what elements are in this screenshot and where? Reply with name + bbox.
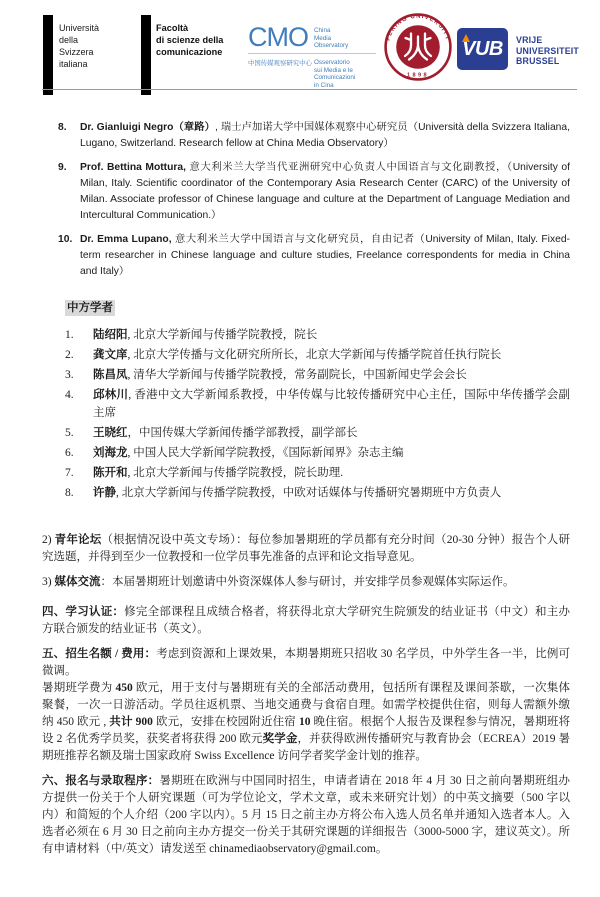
item-text: 陆绍阳, 北京大学新闻与传播学院教授，院长 <box>93 326 570 344</box>
peking-university-seal: PEKING UNIVERSITY 1898 <box>383 12 453 82</box>
document-body: 8.Dr. Gianluigi Negro（章路）, 瑞士卢加诺大学中国媒体观察… <box>42 120 570 858</box>
vub-name: VRIJE UNIVERSITEIT BRUSSEL <box>516 35 579 67</box>
item-text: 邱林川, 香港中文大学新闻系教授，中华传媒与比较传播研究中心主任，国际中华传播学… <box>93 386 570 422</box>
person-name: 陆绍阳 <box>93 329 128 341</box>
text-segment: 共计 900 <box>109 716 153 728</box>
text-segment: 3) <box>42 576 54 588</box>
text-segment: 五、招生名额 / 费用： <box>42 648 156 660</box>
person-name: Dr. Emma Lupano, <box>80 234 172 245</box>
vub-orange-accent-icon <box>462 34 470 42</box>
text-segment: 青年论坛 <box>55 534 102 546</box>
person-name: 许静 <box>93 487 116 499</box>
cmo-divider <box>248 53 376 54</box>
list-item: 2.龚文庠, 北京大学传播与文化研究所所长，北京大学新闻与传播学院首任执行院长 <box>65 346 570 364</box>
cmo-english-name: China Media Observatory <box>314 24 348 50</box>
text-segment: ：本届暑期班计划邀请中外资深媒体人参与研讨，并安排学员参观媒体实际运作。 <box>100 576 514 588</box>
text-segment: 四、学习认证： <box>42 606 124 618</box>
paragraph: 3) 媒体交流：本届暑期班计划邀请中外资深媒体人参与研讨，并安排学员参观媒体实际… <box>42 574 570 591</box>
person-description: , 北京大学传播与文化研究所所长，北京大学新闻与传播学院首任执行院长 <box>128 349 502 361</box>
person-name: 王晓红 <box>93 427 128 439</box>
person-description: ，中国传媒大学新闻传播学部教授，副学部长 <box>128 427 358 439</box>
text-segment: 六、报名与录取程序： <box>42 775 159 787</box>
text-segment: 欧元，安排在校园附近住宿 <box>153 716 299 728</box>
item-text: 龚文庠, 北京大学传播与文化研究所所长，北京大学新闻与传播学院首任执行院长 <box>93 346 570 364</box>
item-text: Prof. Bettina Mottura, 意大利米兰大学当代亚洲研究中心负责… <box>80 160 570 224</box>
text-segment: 2) <box>42 534 55 546</box>
item-text: 陈开和, 北京大学新闻与传播学院教授，院长助理. <box>93 464 570 482</box>
chinese-section: 中方学者 1.陆绍阳, 北京大学新闻与传播学院教授，院长2.龚文庠, 北京大学传… <box>42 288 570 858</box>
person-name: 龚文庠 <box>93 349 128 361</box>
cmo-italian-name: Osservatorio sui Media e le Comunicazion… <box>314 56 355 89</box>
body-paragraphs: 2) 青年论坛（根据情况设中英文专场）：每位参加暑期班的学员都有充分时间（20-… <box>42 532 570 858</box>
text-segment: 450 <box>116 682 133 694</box>
list-item: 1.陆绍阳, 北京大学新闻与传播学院教授，院长 <box>65 326 570 344</box>
facolta-logo-bar <box>141 15 151 95</box>
peking-university-seal-icon: PEKING UNIVERSITY 1898 <box>383 12 453 82</box>
item-text: 王晓红，中国传媒大学新闻传播学部教授，副学部长 <box>93 424 570 442</box>
text-segment: 媒体交流 <box>54 576 100 588</box>
paragraph: 暑期班学费为 450 欧元，用于支付与暑期班有关的全部活动费用，包括所有课程及课… <box>42 680 570 765</box>
person-description: , 北京大学新闻与传播学院教授，院长 <box>128 329 318 341</box>
person-description: , 清华大学新闻与传播学院教授，常务副院长，中国新闻史学会会长 <box>128 369 467 381</box>
list-item: 8.Dr. Gianluigi Negro（章路）, 瑞士卢加诺大学中国媒体观察… <box>58 120 570 152</box>
person-name: 陈昌凤 <box>93 369 128 381</box>
usi-logo-text: Università della Svizzera italiana <box>59 22 99 70</box>
item-text: Dr. Emma Lupano, 意大利米兰大学中国语言与文化研究员，自由记者（… <box>80 232 570 280</box>
chinese-scholars-heading: 中方学者 <box>65 300 115 316</box>
item-number: 7. <box>65 464 93 482</box>
item-number: 4. <box>65 386 93 422</box>
person-name: Prof. Bettina Mottura, <box>80 162 186 173</box>
vub-acronym-box: VUB <box>457 28 508 70</box>
header-divider <box>42 89 577 90</box>
person-description: , 中国人民大学新闻学院教授，《国际新闻界》杂志主编 <box>128 447 404 459</box>
facolta-logo-text: Facoltà di scienze della comunicazione <box>156 22 223 58</box>
document-page: Università della Svizzera italiana Facol… <box>0 0 600 897</box>
list-item: 8.许静, 北京大学新闻与传播学院教授，中欧对话媒体与传播研究暑期班中方负责人 <box>65 484 570 502</box>
person-name: Dr. Gianluigi Negro（章路） <box>80 122 215 133</box>
chinese-scholars-list: 1.陆绍阳, 北京大学新闻与传播学院教授，院长2.龚文庠, 北京大学传播与文化研… <box>42 326 570 502</box>
item-text: Dr. Gianluigi Negro（章路）, 瑞士卢加诺大学中国媒体观察中心… <box>80 120 570 152</box>
item-number: 1. <box>65 326 93 344</box>
list-item: 3.陈昌凤, 清华大学新闻与传播学院教授，常务副院长，中国新闻史学会会长 <box>65 366 570 384</box>
cmo-chinese-name: 中国传媒观察研究中心 <box>248 56 314 67</box>
person-name: 陈开和 <box>93 467 128 479</box>
text-segment: （根据情况设中英文专场）：每位参加暑期班的学员都有充分时间（20-30 分钟）报… <box>42 534 570 563</box>
paragraph: 四、学习认证：修完全部课程且成绩合格者，将获得北京大学研究生院颁发的结业证书（中… <box>42 604 570 638</box>
list-item: 4.邱林川, 香港中文大学新闻系教授，中华传媒与比较传播研究中心主任，国际中华传… <box>65 386 570 422</box>
item-number: 2. <box>65 346 93 364</box>
paragraph: 2) 青年论坛（根据情况设中英文专场）：每位参加暑期班的学员都有充分时间（20-… <box>42 532 570 566</box>
header: Università della Svizzera italiana Facol… <box>42 12 570 104</box>
international-speakers-list: 8.Dr. Gianluigi Negro（章路）, 瑞士卢加诺大学中国媒体观察… <box>42 120 570 280</box>
text-segment: 暑期班在欧洲与中国同时招生，申请者请在 2018 年 4 月 30 日之前向暑期… <box>42 775 570 855</box>
list-item: 5.王晓红，中国传媒大学新闻传播学部教授，副学部长 <box>65 424 570 442</box>
item-number: 10. <box>58 232 80 280</box>
item-number: 6. <box>65 444 93 462</box>
item-text: 许静, 北京大学新闻与传播学院教授，中欧对话媒体与传播研究暑期班中方负责人 <box>93 484 570 502</box>
item-number: 8. <box>58 120 80 152</box>
paragraph: 五、招生名额 / 费用：考虑到资源和上课效果，本期暑期班只招收 30 名学员，中… <box>42 646 570 680</box>
pku-year: 1898 <box>407 73 429 79</box>
item-number: 3. <box>65 366 93 384</box>
text-segment: 奖学金 <box>263 733 298 745</box>
cmo-logo: CMO China Media Observatory 中国传媒观察研究中心 O… <box>248 24 376 89</box>
item-text: 刘海龙, 中国人民大学新闻学院教授，《国际新闻界》杂志主编 <box>93 444 570 462</box>
person-description: , 北京大学新闻与传播学院教授，院长助理. <box>128 467 344 479</box>
person-name: 刘海龙 <box>93 447 128 459</box>
cmo-acronym: CMO <box>248 24 314 50</box>
usi-logo-bar <box>43 15 53 95</box>
list-item: 9.Prof. Bettina Mottura, 意大利米兰大学当代亚洲研究中心… <box>58 160 570 224</box>
text-segment: 暑期班学费为 <box>42 682 116 694</box>
person-description: , 北京大学新闻与传播学院教授，中欧对话媒体与传播研究暑期班中方负责人 <box>116 487 501 499</box>
item-number: 9. <box>58 160 80 224</box>
item-number: 5. <box>65 424 93 442</box>
list-item: 10.Dr. Emma Lupano, 意大利米兰大学中国语言与文化研究员，自由… <box>58 232 570 280</box>
list-item: 7.陈开和, 北京大学新闻与传播学院教授，院长助理. <box>65 464 570 482</box>
paragraph: 六、报名与录取程序：暑期班在欧洲与中国同时招生，申请者请在 2018 年 4 月… <box>42 773 570 858</box>
list-item: 6.刘海龙, 中国人民大学新闻学院教授，《国际新闻界》杂志主编 <box>65 444 570 462</box>
person-name: 邱林川 <box>93 389 128 401</box>
item-text: 陈昌凤, 清华大学新闻与传播学院教授，常务副院长，中国新闻史学会会长 <box>93 366 570 384</box>
text-segment: 10 <box>299 716 311 728</box>
item-number: 8. <box>65 484 93 502</box>
person-description: , 香港中文大学新闻系教授，中华传媒与比较传播研究中心主任，国际中华传播学会副主… <box>93 389 570 419</box>
